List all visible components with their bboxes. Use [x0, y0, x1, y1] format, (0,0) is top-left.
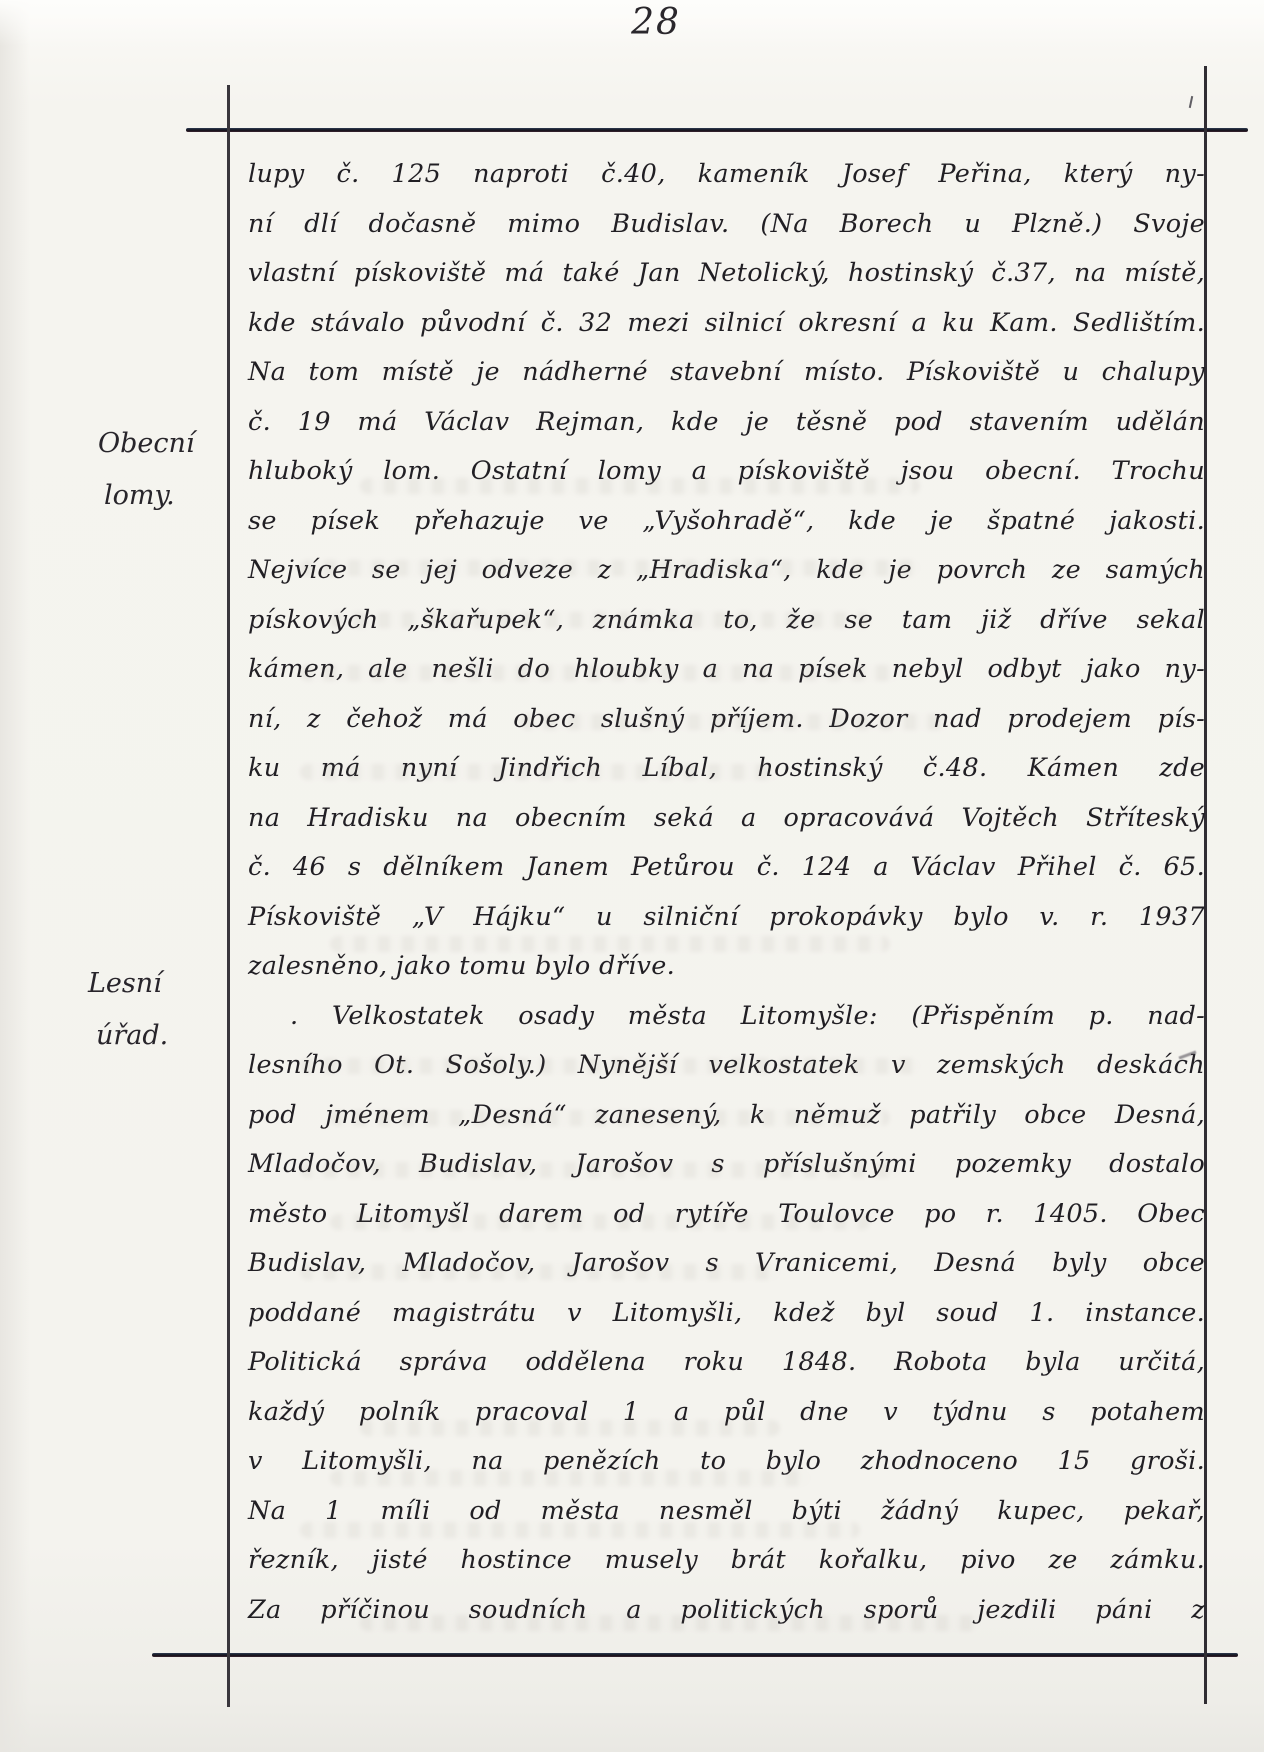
- scan-edge-shadow-left: [0, 0, 30, 1752]
- bleed-through-mark: [300, 1522, 860, 1538]
- text-line: Pískoviště „V Hájku“ u silniční prokopáv…: [248, 893, 1205, 943]
- bleed-through-mark: [300, 560, 920, 576]
- text-line: kde stávalo původní č. 32 mezi silnicí o…: [248, 299, 1205, 349]
- bleed-through-mark: [330, 1214, 870, 1230]
- text-line: vlastní pískoviště má také Jan Netolický…: [248, 249, 1205, 299]
- margin-note-line: Obecní: [98, 418, 195, 470]
- text-line: . Velkostatek osady města Litomyšle: (Př…: [248, 992, 1205, 1042]
- bleed-through-mark: [300, 1162, 900, 1178]
- text-line: Na tom místě je nádherné stavební místo.…: [248, 348, 1205, 398]
- bleed-through-mark: [520, 714, 950, 730]
- text-line: poddané magistrátu v Litomyšli, kdež byl…: [248, 1289, 1205, 1339]
- text-line: na Hradisku na obecním seká a opracovává…: [248, 794, 1205, 844]
- bleed-through-mark: [330, 612, 870, 628]
- bleed-through-mark: [330, 1470, 810, 1486]
- text-line: lupy č. 125 naproti č.40, kameník Josef …: [248, 150, 1205, 200]
- margin-note-line: úřad.: [88, 1010, 168, 1062]
- bleed-through-mark: [360, 1615, 980, 1631]
- text-line: řezník, jisté hostince musely brát kořal…: [248, 1536, 1205, 1586]
- text-line: ní dlí dočasně mimo Budislav. (Na Borech…: [248, 200, 1205, 250]
- bleed-through-mark: [360, 1420, 780, 1436]
- text-line: Politická správa oddělena roku 1848. Rob…: [248, 1338, 1205, 1388]
- stray-ink-tick: [1189, 96, 1193, 108]
- page-number: 28: [596, 2, 716, 43]
- top-rule: [186, 128, 1248, 132]
- bleed-through-mark: [330, 936, 890, 952]
- bleed-through-mark: [300, 764, 780, 780]
- bleed-through-mark: [360, 478, 920, 494]
- margin-note-lesni-urad: Lesní úřad.: [88, 958, 168, 1062]
- manuscript-page: 28 Obecní lomy. Lesní úřad. lupy č. 125 …: [0, 0, 1264, 1752]
- margin-note-line: lomy.: [98, 470, 195, 522]
- manuscript-text: lupy č. 125 naproti č.40, kameník Josef …: [248, 150, 1205, 1635]
- bleed-through-mark: [300, 1264, 780, 1280]
- margin-note-line: Lesní: [88, 958, 168, 1010]
- margin-note-obecni-lomy: Obecní lomy.: [98, 418, 195, 522]
- bleed-through-mark: [330, 1110, 890, 1126]
- left-margin-rule: [227, 85, 230, 1707]
- bleed-through-mark: [300, 1058, 920, 1074]
- text-line: č. 19 má Václav Rejman, kde je těsně pod…: [248, 398, 1205, 448]
- bleed-through-mark: [300, 665, 900, 681]
- text-line: č. 46 s dělníkem Janem Petůrou č. 124 a …: [248, 843, 1205, 893]
- text-line: se písek přehazuje ve „Vyšohradě“, kde j…: [248, 497, 1205, 547]
- bottom-rule: [152, 1653, 1238, 1657]
